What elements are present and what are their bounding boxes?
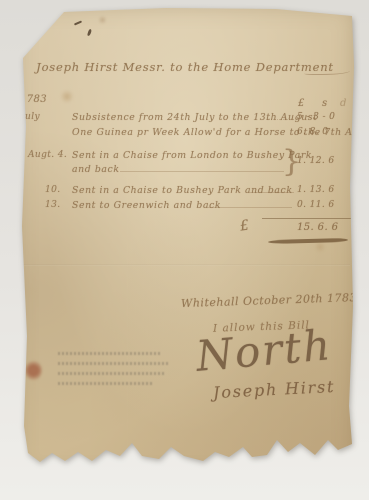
foxing-spot	[60, 90, 74, 103]
entry-description: Subsistence from 24th July to the 13th A…	[72, 112, 318, 123]
ink-mark	[74, 20, 82, 25]
entry-amount: 0. 11. 6	[297, 200, 335, 210]
worm-hole	[212, 464, 216, 468]
worm-hole	[310, 458, 314, 462]
entry-amount: 1. 13. 6	[297, 185, 335, 195]
total-underline-flourish	[268, 238, 348, 244]
entry-date: July	[21, 112, 40, 122]
entry-description: Sent in a Chaise to Bushey Park and back	[72, 185, 293, 196]
entry-date: 13.	[45, 200, 61, 210]
place-date-line: Whitehall October 20th 1783	[181, 291, 357, 310]
pencil-note-line	[58, 382, 154, 385]
entry-date: 10.	[45, 185, 61, 195]
signature-joseph-hirst: Joseph Hirst	[213, 377, 336, 402]
manuscript-sheet: Joseph Hirst Messr. to the Home Departme…	[16, 6, 354, 478]
fold-crease	[22, 264, 350, 266]
entry-description: Sent in a Chaise from London to Bushey P…	[72, 150, 312, 161]
entry-description-cont: and back	[72, 164, 120, 175]
entry-amount: 6. 8. 0	[297, 127, 328, 137]
pencil-note-line	[58, 372, 164, 375]
pence-column-header: d	[340, 98, 347, 109]
red-stain	[25, 360, 42, 381]
shillings-column-header: s	[322, 98, 328, 109]
photo-background: Joseph Hirst Messr. to the Home Departme…	[0, 0, 369, 500]
signature-north: North	[194, 320, 334, 381]
pencil-note-line	[58, 352, 162, 355]
entry-date: Augt. 4.	[28, 150, 67, 160]
ink-mark	[87, 29, 92, 37]
leader-line	[266, 119, 294, 120]
total-amount: 15. 6. 6	[297, 222, 338, 233]
foxing-spot	[314, 242, 326, 252]
leader-line	[250, 192, 294, 193]
entry-description: Sent to Greenwich and back	[72, 200, 221, 211]
entry-amount: 5 - 3 - 0	[297, 112, 335, 122]
pencil-note-line	[58, 362, 168, 365]
leader-line	[208, 207, 292, 208]
total-rule	[262, 218, 354, 219]
document-paper: Joseph Hirst Messr. to the Home Departme…	[16, 6, 354, 478]
foxing-spot	[98, 16, 107, 24]
pencil-note	[58, 352, 170, 396]
total-pound-symbol: £	[239, 217, 250, 234]
leader-line	[120, 171, 284, 172]
pounds-column-header: £	[298, 98, 305, 109]
entry-amount: 1. 12. 6	[297, 156, 335, 166]
year-label: 1783	[20, 94, 47, 105]
